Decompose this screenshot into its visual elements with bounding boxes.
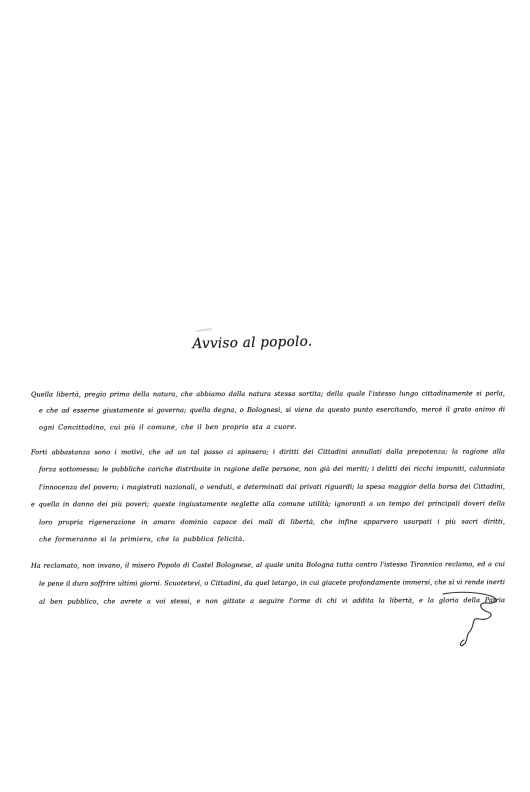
manuscript-line: che formeranno sì la primiera, che la pu… bbox=[31, 531, 505, 549]
manuscript-line: Ha reclamato, non invano, il misero Popo… bbox=[31, 555, 505, 575]
signature-flourish-icon bbox=[433, 590, 513, 652]
paragraph-1: Quella libertà, pregio primo della natur… bbox=[31, 385, 505, 435]
manuscript-line: l'innocenza del povero; i magistrati naz… bbox=[31, 478, 505, 496]
manuscript-line: Quella libertà, pregio primo della natur… bbox=[31, 385, 505, 403]
paragraph-2: Forti abbastanza sono i motivi, che ad u… bbox=[31, 444, 505, 549]
manuscript-line: forza sottomessa; le pubbliche cariche d… bbox=[31, 461, 505, 479]
manuscript-line: loro propria rigenerazione in amaro domi… bbox=[31, 513, 505, 531]
manuscript-line: ogni Concittadino, cui più il comune, ch… bbox=[31, 418, 505, 436]
ink-smudge bbox=[196, 328, 212, 332]
manuscript-line: Forti abbastanza sono i motivi, che ad u… bbox=[31, 444, 505, 462]
manuscript-line: e quella in danno dei più poveri; queste… bbox=[31, 496, 505, 514]
manuscript-line: e che ad esserne giustamente si governa;… bbox=[31, 402, 505, 420]
document-title: Avviso al popolo. bbox=[150, 333, 355, 353]
manuscript-page: Avviso al popolo. Quella libertà, pregio… bbox=[0, 0, 530, 792]
